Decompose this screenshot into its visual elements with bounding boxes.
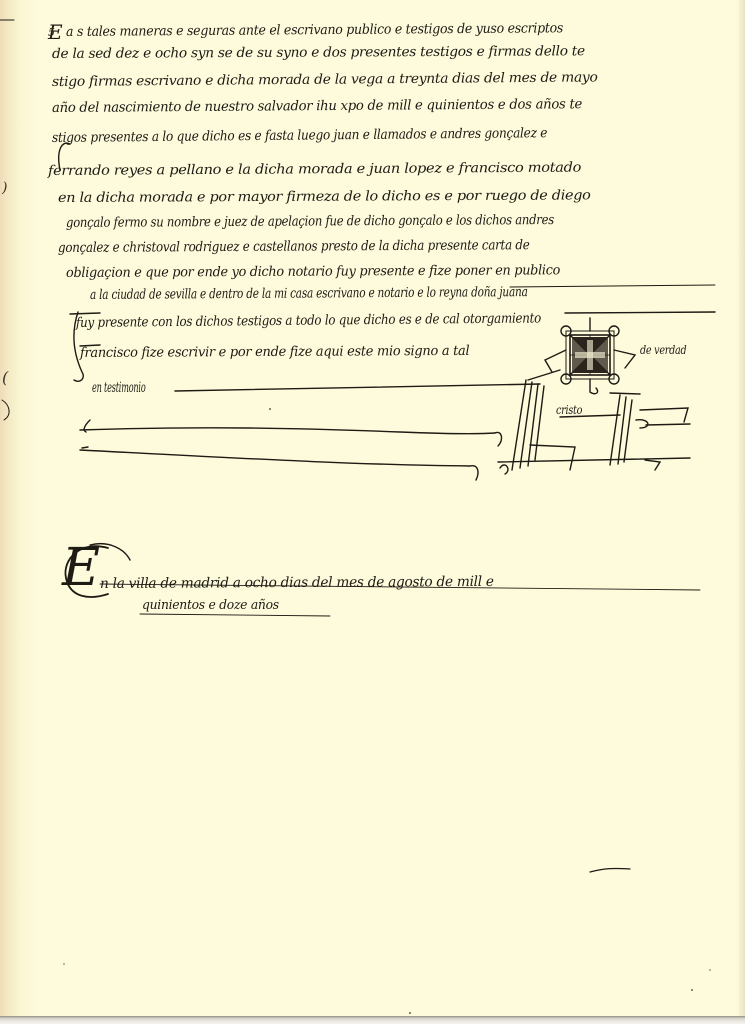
text-line: gonçalo fermo su nombre e juez de apelaç…: [66, 212, 554, 231]
margin-mark: ): [2, 180, 7, 196]
scan-bottom-edge: [0, 1016, 745, 1024]
closing-initial: E: [62, 538, 100, 598]
text-line: en testimonio: [92, 380, 146, 396]
text-line: a la ciudad de sevilla e dentro de la mi…: [90, 284, 528, 303]
page-right-edge: [739, 0, 745, 1016]
signum-right-label: de verdad: [640, 343, 686, 357]
text-line: en la dicha morada e por mayor firmeza d…: [58, 187, 591, 206]
manuscript-page: [0, 0, 745, 1016]
closing-line: quinientos e doze años: [142, 598, 279, 613]
text-line: de la sed dez e ocho syn se de su syno e…: [52, 43, 585, 62]
margin-mark: (: [2, 368, 8, 387]
text-line: obligaçion e que por ende yo dicho notar…: [66, 262, 560, 281]
text-line: francisco fize escrivir e por ende fize …: [80, 343, 469, 361]
text-line: gonçalez e christoval rodriguez e castel…: [58, 237, 530, 256]
rubric-text: cristo: [556, 403, 582, 417]
margin-mark: 5: [48, 26, 55, 39]
closing-line: n la villa de madrid a ocho dias del mes…: [100, 574, 494, 592]
